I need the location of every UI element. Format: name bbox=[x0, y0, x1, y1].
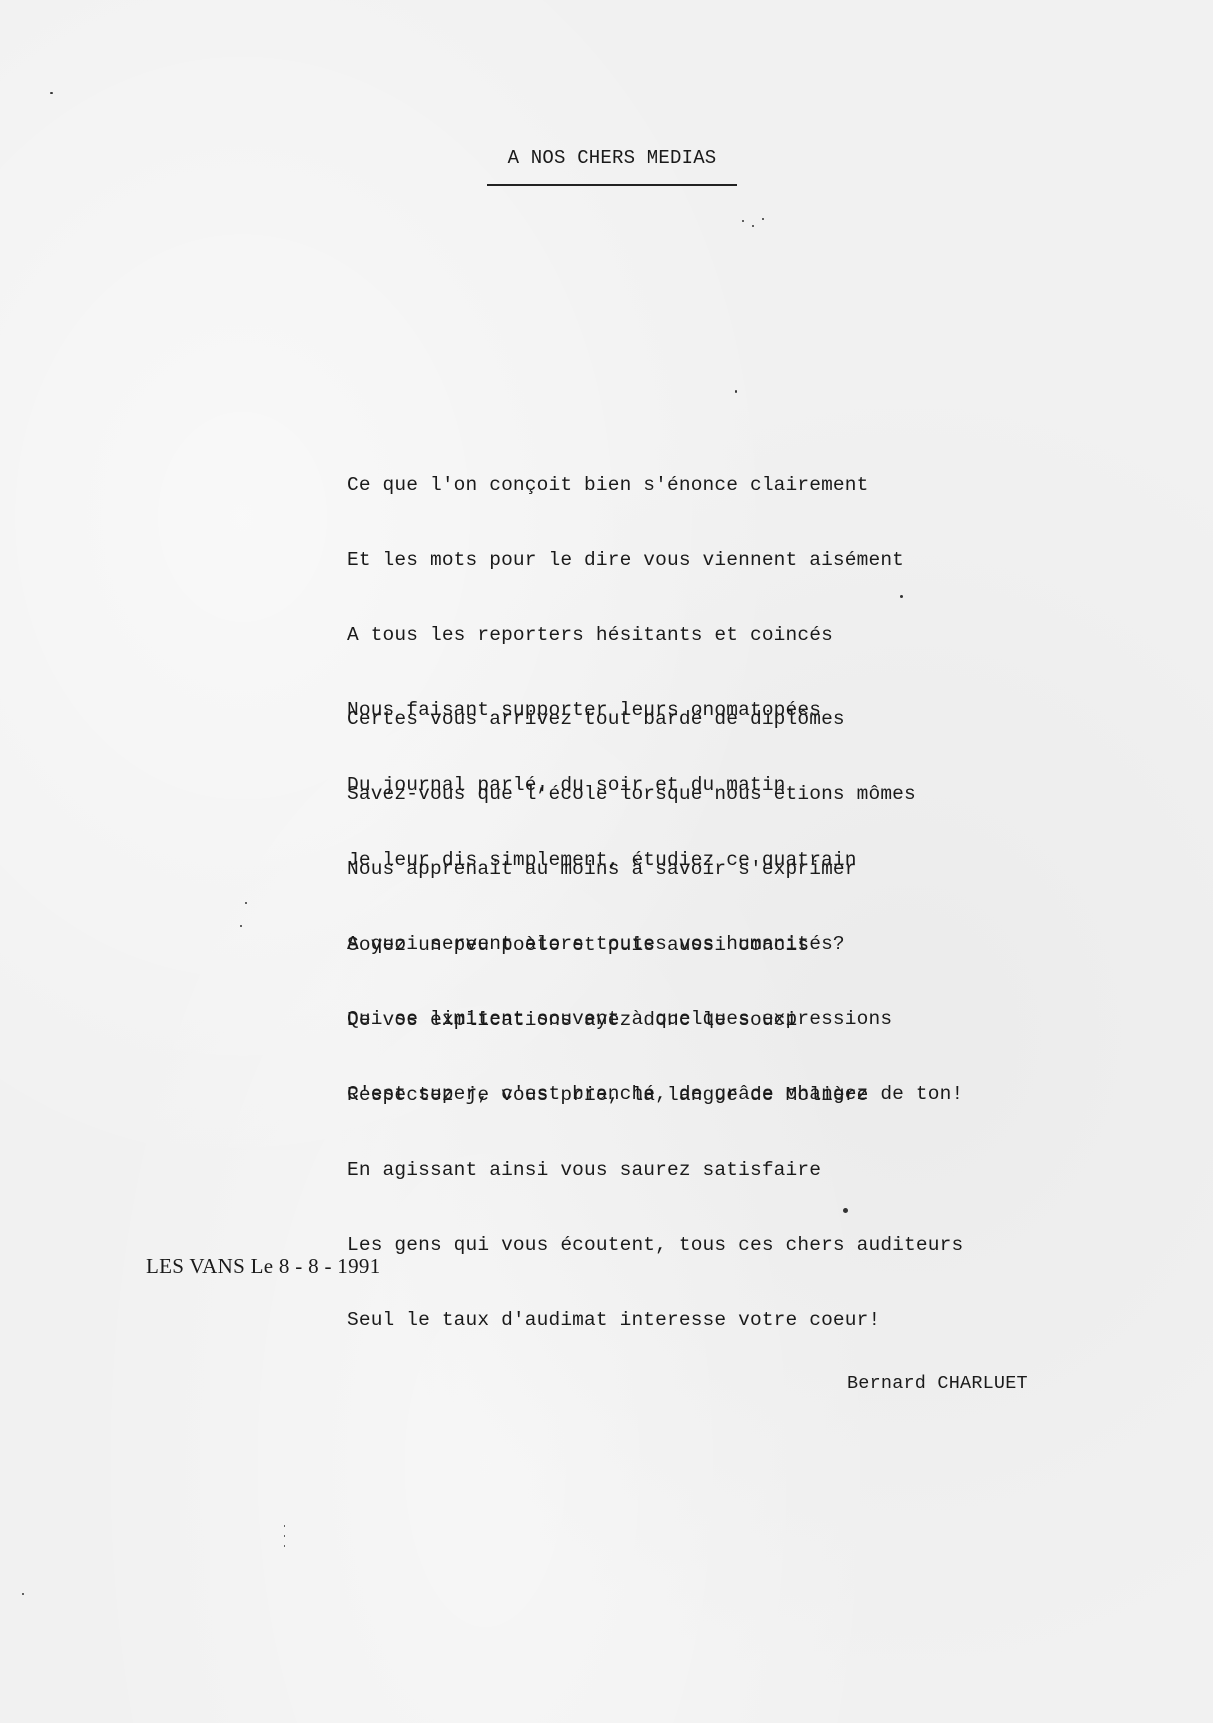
ink-speck bbox=[245, 902, 247, 904]
stanza-3: Soyez un peu poète et puis aussi concis … bbox=[347, 883, 963, 1358]
ink-speck bbox=[762, 218, 764, 220]
ink-speck bbox=[735, 390, 737, 393]
poem-line: Certes vous arrivez tout bardé de diplôm… bbox=[347, 707, 963, 732]
ink-speck bbox=[22, 1593, 24, 1595]
ink-speck bbox=[240, 925, 242, 927]
ink-speck bbox=[284, 1535, 285, 1537]
signature: Bernard CHARLUET bbox=[847, 1373, 1028, 1394]
poem-title: A NOS CHERS MEDIAS bbox=[486, 147, 738, 169]
place-date: LES VANS Le 8 - 8 - 1991 bbox=[146, 1254, 381, 1279]
ink-speck bbox=[284, 1545, 285, 1547]
ink-speck bbox=[284, 1525, 285, 1527]
ink-speck bbox=[843, 1208, 848, 1213]
poem-line: De vos explications ayez donc le souci bbox=[347, 1008, 963, 1033]
poem-line: Savez-vous que l'école lorsque nous étio… bbox=[347, 782, 963, 807]
ink-speck bbox=[900, 595, 903, 598]
poem-line: Respectez je vous prie, la langue de Mol… bbox=[347, 1083, 963, 1108]
poem-line: A tous les reporters hésitants et coincé… bbox=[347, 623, 904, 648]
poem-line: En agissant ainsi vous saurez satisfaire bbox=[347, 1158, 963, 1183]
poem-line: Seul le taux d'audimat interesse votre c… bbox=[347, 1308, 963, 1333]
poem-line: Ce que l'on conçoit bien s'énonce claire… bbox=[347, 473, 904, 498]
ink-speck bbox=[742, 220, 744, 222]
poem-line: Nous apprenait au moins à savoir s'expri… bbox=[347, 857, 963, 882]
ink-speck bbox=[50, 92, 53, 94]
ink-speck bbox=[752, 225, 754, 227]
title-underline bbox=[487, 184, 737, 186]
poem-line: Soyez un peu poète et puis aussi concis bbox=[347, 933, 963, 958]
poem-line: Et les mots pour le dire vous viennent a… bbox=[347, 548, 904, 573]
poem-line: Les gens qui vous écoutent, tous ces che… bbox=[347, 1233, 963, 1258]
